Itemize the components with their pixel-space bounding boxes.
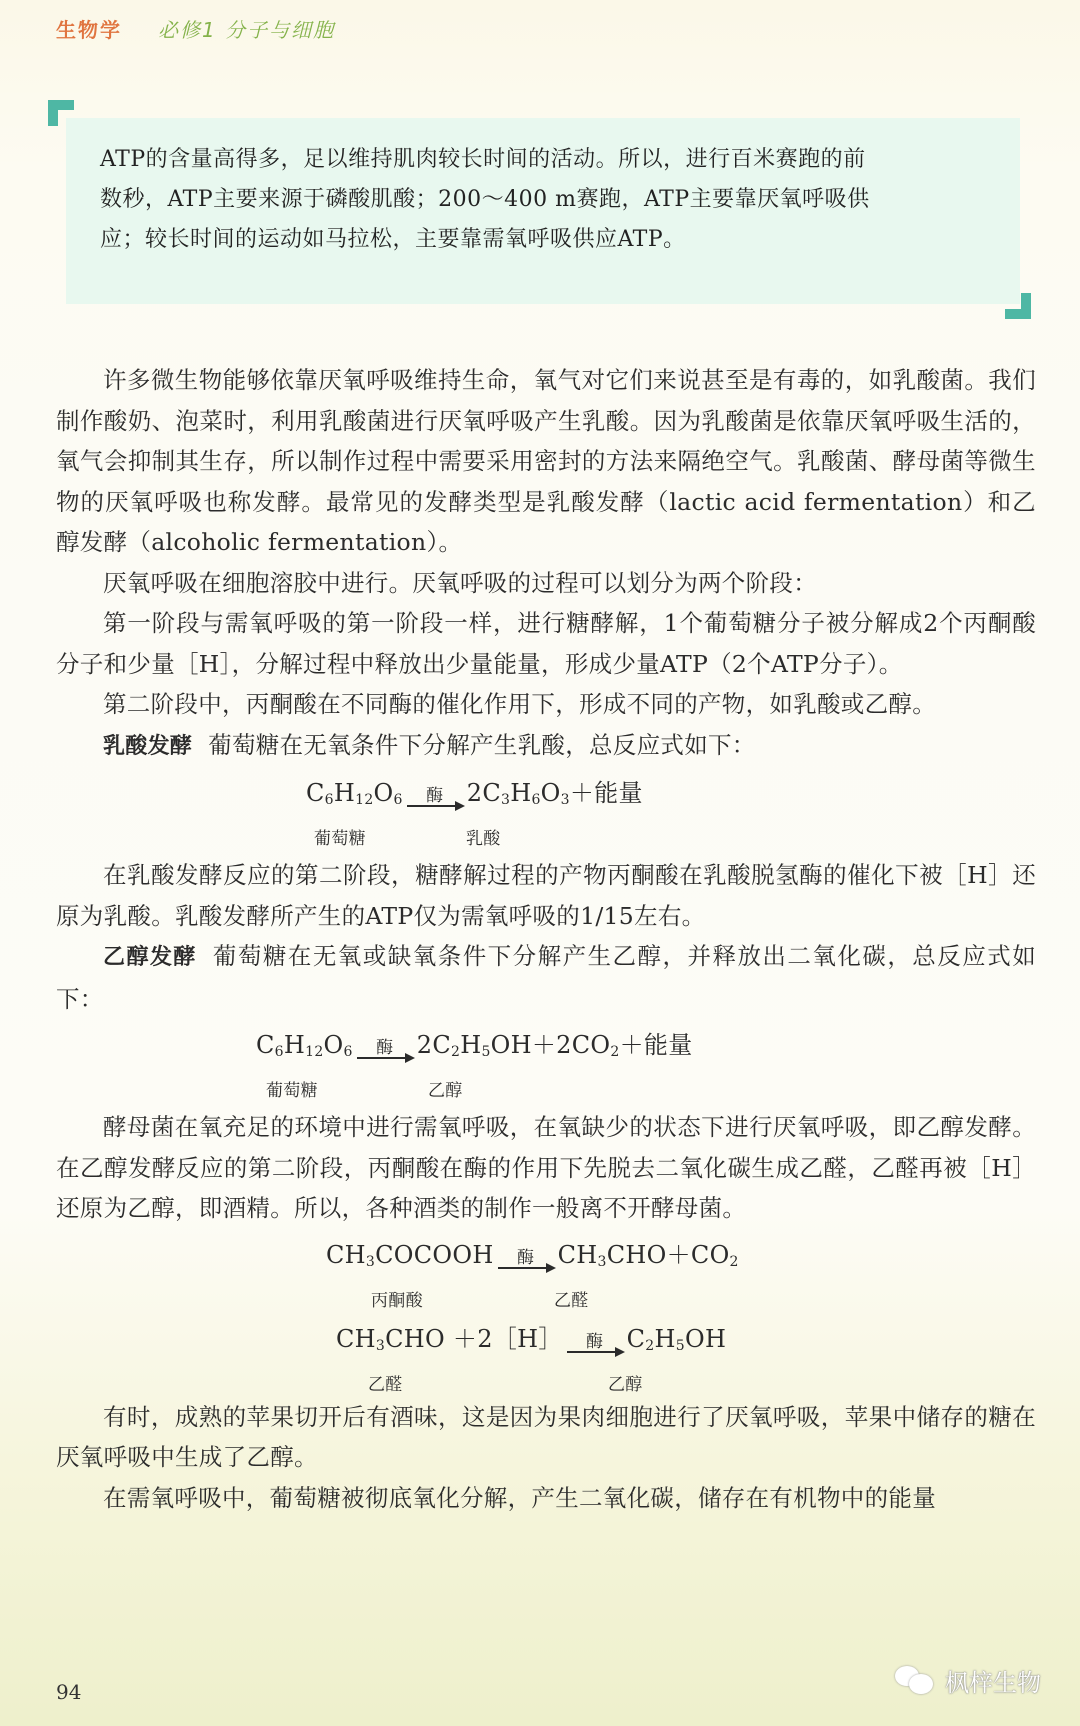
paragraph-lactic-detail: 在乳酸发酵反应的第二阶段，糖酵解过程的产物丙酮酸在乳酸脱氢酶的催化下被［H］还原… <box>56 855 1036 936</box>
formula-glucose: C6H12O6 <box>256 1025 353 1066</box>
paragraph-stage-two: 第二阶段中，丙酮酸在不同酶的催化作用下，形成不同的产物，如乳酸或乙醇。 <box>56 684 1036 725</box>
formula-ethanol: 2C2H5OH <box>417 1025 532 1066</box>
formula-ethanol: C2H5OH <box>627 1319 727 1360</box>
name-ethanol: 乙醇 <box>428 1071 463 1112</box>
lactic-intro-text: 葡萄糖在无氧条件下分解产生乳酸，总反应式如下： <box>208 731 755 759</box>
enzyme-label: 酶 <box>586 1333 603 1351</box>
main-text: 许多微生物能够依靠厌氧呼吸维持生命，氧气对它们来说甚至是有毒的，如乳酸菌。我们制… <box>56 360 1036 1518</box>
formula-co2: ＋2CO2 <box>532 1025 620 1066</box>
name-acetaldehyde: 乙醛 <box>554 1281 589 1322</box>
equation-alcohol: C6H12O6 酶 2C2H5OH ＋2CO2 ＋能量 葡萄糖 乙醇 <box>256 1025 776 1103</box>
formula-acetaldehyde-co2: CH3CHO＋CO2 <box>558 1235 739 1276</box>
book-title: 生物学 <box>56 14 122 43</box>
callout-text: ATP的含量高得多，足以维持肌肉较长时间的活动。所以，进行百米赛跑的前 数秒，A… <box>100 140 1000 260</box>
wechat-icon <box>895 1666 935 1696</box>
formula-acetaldehyde-h: CH3CHO ＋2［H］ <box>336 1319 563 1360</box>
paragraph-lactic-intro: 乳酸发酵葡萄糖在无氧条件下分解产生乳酸，总反应式如下： <box>56 725 1036 768</box>
enzyme-label: 酶 <box>517 1249 534 1267</box>
reaction-arrow: 酶 <box>407 787 463 815</box>
enzyme-label: 酶 <box>376 1039 393 1057</box>
enzyme-label: 酶 <box>426 787 443 805</box>
corner-bracket-bottom-right-icon <box>1005 293 1031 319</box>
page-number: 94 <box>56 1680 81 1704</box>
formula-pyruvic-acid: CH3COCOOH <box>326 1235 494 1276</box>
paragraph-apple: 有时，成熟的苹果切开后有酒味，这是因为果肉细胞进行了厌氧呼吸，苹果中储存的糖在厌… <box>56 1397 1036 1478</box>
watermark-text: 枫梓生物 <box>945 1663 1041 1698</box>
arrow-icon <box>498 1267 554 1269</box>
callout-line: 数秒，ATP主要来源于磷酸肌酸；200～400 m赛跑，ATP主要靠厌氧呼吸供 <box>100 180 1000 220</box>
name-glucose: 葡萄糖 <box>314 819 366 860</box>
energy-term: ＋能量 <box>570 773 643 814</box>
equation-acetaldehyde: CH3CHO ＋2［H］ 酶 C2H5OH 乙醛 乙醇 <box>336 1319 696 1397</box>
reaction-arrow: 酶 <box>498 1249 554 1277</box>
paragraph-yeast: 酵母菌在氧充足的环境中进行需氧呼吸，在氧缺少的状态下进行厌氧呼吸，即乙醇发酵。在… <box>56 1107 1036 1229</box>
name-ethanol: 乙醇 <box>608 1365 643 1406</box>
name-lactic-acid: 乳酸 <box>466 819 501 860</box>
name-acetaldehyde: 乙醛 <box>368 1365 403 1406</box>
module-title: 必修1 分子与细胞 <box>158 14 335 43</box>
formula-glucose: C6H12O6 <box>306 773 403 814</box>
name-glucose: 葡萄糖 <box>266 1071 318 1112</box>
corner-bracket-top-left-icon <box>48 100 74 126</box>
name-pyruvic-acid: 丙酮酸 <box>371 1281 423 1322</box>
callout-line: 应；较长时间的运动如马拉松，主要靠需氧呼吸供应ATP。 <box>100 220 1000 260</box>
paragraph-stage-one: 第一阶段与需氧呼吸的第一阶段一样，进行糖酵解，1个葡萄糖分子被分解成2个丙酮酸分… <box>56 603 1036 684</box>
term-alcohol-fermentation: 乙醇发酵 <box>103 945 197 970</box>
callout-line: ATP的含量高得多，足以维持肌肉较长时间的活动。所以，进行百米赛跑的前 <box>100 140 1000 180</box>
arrow-icon <box>407 805 463 807</box>
term-lactic-fermentation: 乳酸发酵 <box>103 734 192 759</box>
paragraph-microbes: 许多微生物能够依靠厌氧呼吸维持生命，氧气对它们来说甚至是有毒的，如乳酸菌。我们制… <box>56 360 1036 563</box>
paragraph-aerobic: 在需氧呼吸中，葡萄糖被彻底氧化分解，产生二氧化碳，储存在有机物中的能量 <box>56 1478 1036 1519</box>
reaction-arrow: 酶 <box>567 1333 623 1361</box>
watermark: 枫梓生物 <box>895 1663 1041 1698</box>
equation-pyruvate: CH3COCOOH 酶 CH3CHO＋CO2 丙酮酸 乙醛 <box>326 1235 706 1313</box>
reaction-arrow: 酶 <box>357 1039 413 1067</box>
paragraph-stages-intro: 厌氧呼吸在细胞溶胶中进行。厌氧呼吸的过程可以划分为两个阶段： <box>56 563 1036 604</box>
equation-lactic: C6H12O6 酶 2C3H6O3 ＋能量 葡萄糖 乳酸 <box>306 773 726 851</box>
energy-term: ＋能量 <box>620 1025 693 1066</box>
formula-lactic-acid: 2C3H6O3 <box>467 773 570 814</box>
arrow-icon <box>567 1351 623 1353</box>
arrow-icon <box>357 1057 413 1059</box>
paragraph-alcohol-intro: 乙醇发酵葡萄糖在无氧或缺氧条件下分解产生乙醇，并释放出二氧化碳，总反应式如下： <box>56 936 1036 1019</box>
alcohol-intro-text: 葡萄糖在无氧或缺氧条件下分解产生乙醇，并释放出二氧化碳，总反应式如下： <box>56 942 1036 1013</box>
running-header: 生物学 必修1 分子与细胞 <box>56 8 335 48</box>
